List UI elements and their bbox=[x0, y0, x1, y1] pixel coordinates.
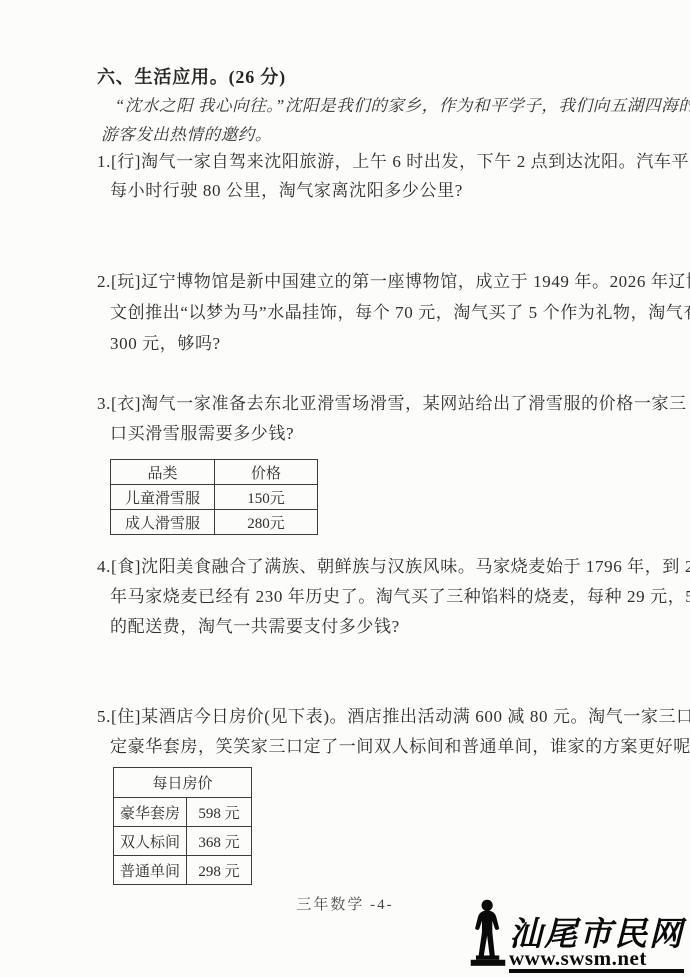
table-row: 普通单间 298 元 bbox=[114, 856, 252, 885]
question-5-line: 5.[住]某酒店今日房价(见下表)。酒店推出活动满 600 减 80 元。淘气一… bbox=[97, 706, 690, 728]
watermark-site-name: 汕尾市民网 bbox=[509, 919, 684, 949]
table-cell: 豪华套房 bbox=[114, 798, 187, 827]
question-1-line: 1.[行]淘气一家自驾来沈阳旅游，上午 6 时出发，下午 2 点到达沈阳。汽车平… bbox=[97, 151, 690, 173]
table-row: 儿童滑雪服 150元 bbox=[111, 485, 318, 510]
watermark-site-url: www.swsm.net bbox=[509, 949, 647, 968]
ski-suit-price-table: 品类 价格 儿童滑雪服 150元 成人滑雪服 280元 bbox=[110, 459, 318, 535]
table-cell: 150元 bbox=[215, 485, 318, 510]
table-header-row: 每日房价 bbox=[114, 768, 252, 798]
table-header-row: 品类 价格 bbox=[111, 460, 318, 485]
room-rate-table: 每日房价 豪华套房 598 元 双人标间 368 元 普通单间 298 元 bbox=[113, 767, 252, 885]
section-heading: 六、生活应用。(26 分) bbox=[97, 66, 286, 88]
table-cell: 598 元 bbox=[187, 798, 252, 827]
intro-line: “沈水之阳 我心向往。”沈阳是我们的家乡，作为和平学子，我们向五湖四海的 bbox=[115, 95, 690, 117]
question-4-line: 4.[食]沈阳美食融合了满族、朝鲜族与汉族风味。马家烧麦始于 1796 年，到 … bbox=[97, 556, 690, 578]
table-row: 成人滑雪服 280元 bbox=[111, 510, 318, 535]
person-statue-icon bbox=[469, 898, 507, 973]
table-row: 双人标间 368 元 bbox=[114, 827, 252, 856]
table-cell: 368 元 bbox=[187, 827, 252, 856]
question-4-line: 年马家烧麦已经有 230 年历史了。淘气买了三种馅料的烧麦，每种 29 元，5 … bbox=[110, 586, 690, 608]
question-4-line: 的配送费，淘气一共需要支付多少钱? bbox=[110, 616, 400, 638]
question-3-line: 口买滑雪服需要多少钱? bbox=[110, 423, 294, 445]
table-row: 豪华套房 598 元 bbox=[114, 798, 252, 827]
question-2-line: 300 元，够吗? bbox=[110, 333, 221, 355]
question-5-line: 定豪华套房，笑笑家三口定了一间双人标间和普通单间，谁家的方案更好呢? bbox=[110, 736, 690, 758]
table-title-cell: 每日房价 bbox=[114, 768, 252, 798]
table-cell: 双人标间 bbox=[114, 827, 187, 856]
table-header-cell: 品类 bbox=[111, 460, 215, 485]
table-cell: 普通单间 bbox=[114, 856, 187, 885]
table-header-cell: 价格 bbox=[215, 460, 318, 485]
table-cell: 298 元 bbox=[187, 856, 252, 885]
table-cell: 成人滑雪服 bbox=[111, 510, 215, 535]
question-3-line: 3.[衣]淘气一家准备去东北亚滑雪场滑雪，某网站给出了滑雪服的价格一家三 bbox=[97, 393, 687, 415]
question-1-line: 每小时行驶 80 公里，淘气家离沈阳多少公里? bbox=[110, 180, 463, 202]
site-watermark: 汕尾市民网 www.swsm.net bbox=[469, 898, 684, 973]
question-2-line: 2.[玩]辽宁博物馆是新中国建立的第一座博物馆，成立于 1949 年。2026 … bbox=[97, 271, 690, 293]
table-cell: 280元 bbox=[215, 510, 318, 535]
scanned-test-page: 六、生活应用。(26 分) “沈水之阳 我心向往。”沈阳是我们的家乡，作为和平学… bbox=[0, 0, 690, 977]
table-cell: 儿童滑雪服 bbox=[111, 485, 215, 510]
intro-line: 游客发出热情的邀约。 bbox=[101, 124, 272, 146]
question-2-line: 文创推出“以梦为马”水晶挂饰，每个 70 元，淘气买了 5 个作为礼物，淘气有 bbox=[110, 302, 690, 324]
watermark-text: 汕尾市民网 www.swsm.net bbox=[509, 919, 684, 973]
